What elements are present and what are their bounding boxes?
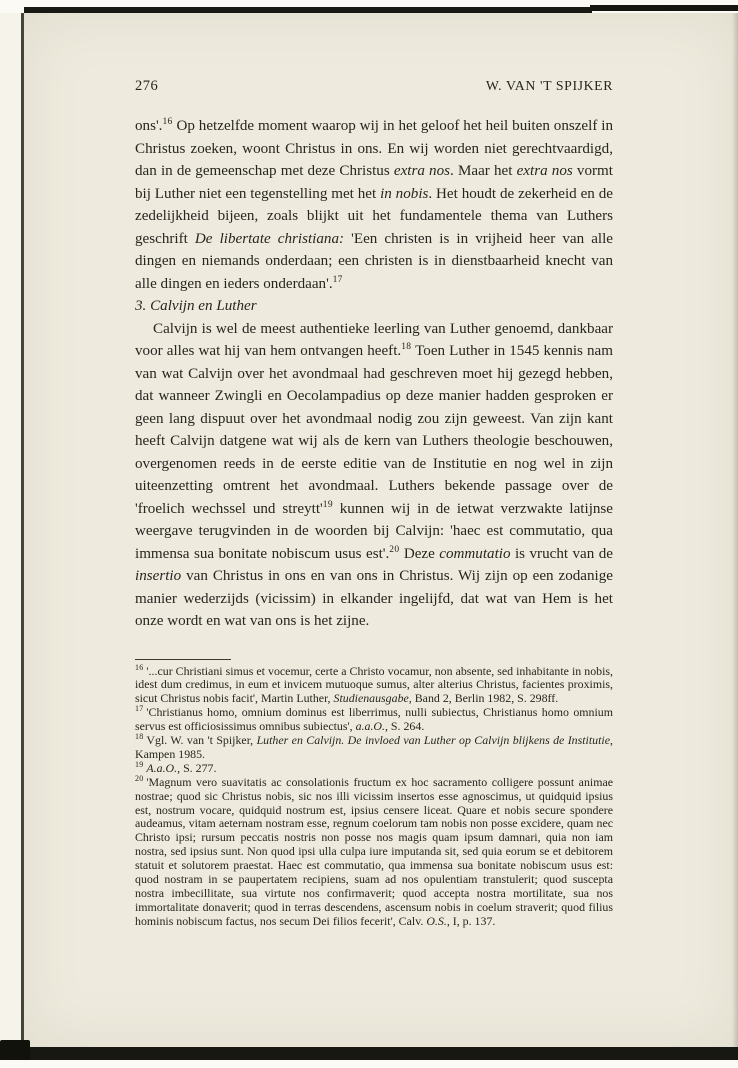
footnote-16-text: '...cur Christiani simus et vocemur, cer… — [135, 664, 613, 706]
footnote-17-number: 17 — [135, 704, 143, 713]
footnote-19: 19A.a.O., S. 277. — [135, 762, 613, 776]
footnote-18-number: 18 — [135, 732, 143, 741]
scan-left-margin — [0, 13, 21, 1047]
footnote-separator-rule — [135, 659, 231, 660]
footnote-19-text: A.a.O., S. 277. — [146, 761, 216, 775]
running-head: W. VAN 'T SPIJKER — [486, 78, 613, 94]
section-heading: 3. Calvijn en Luther — [135, 295, 613, 318]
footnote-20-number: 20 — [135, 774, 143, 783]
footnote-18-text: Vgl. W. van 't Spijker, Luther en Calvij… — [135, 733, 613, 761]
page-header: 276 W. VAN 'T SPIJKER — [135, 78, 613, 95]
footnote-17-text: 'Christianus homo, omnium dominus est li… — [135, 705, 613, 733]
footnote-17: 17'Christianus homo, omnium dominus est … — [135, 706, 613, 734]
scan-corner-artifact — [0, 1040, 30, 1060]
paragraph-continuation: ons'.16 Op hetzelfde moment waarop wij i… — [135, 115, 613, 295]
scan-top-border — [24, 7, 592, 13]
footnote-20-text: 'Magnum vero suavitatis ac consolationis… — [135, 775, 613, 928]
footnote-18: 18Vgl. W. van 't Spijker, Luther en Calv… — [135, 734, 613, 762]
footnote-20: 20'Magnum vero suavitatis ac consolation… — [135, 776, 613, 929]
scan-right-shade — [732, 13, 738, 1047]
paragraph-calvijn-en-luther: Calvijn is wel de meest authentieke leer… — [135, 318, 613, 633]
footnote-16-number: 16 — [135, 663, 143, 672]
page-content: 276 W. VAN 'T SPIJKER ons'.16 Op hetzelf… — [135, 78, 613, 929]
page-number: 276 — [135, 78, 158, 95]
footnote-19-number: 19 — [135, 760, 143, 769]
scan-left-edge-line — [21, 13, 24, 1047]
scan-bottom-border — [0, 1047, 738, 1060]
body-text: ons'.16 Op hetzelfde moment waarop wij i… — [135, 115, 613, 633]
footnotes: 16'...cur Christiani simus et vocemur, c… — [135, 665, 613, 929]
scan-top-border-right — [590, 5, 738, 11]
footnote-16: 16'...cur Christiani simus et vocemur, c… — [135, 665, 613, 707]
